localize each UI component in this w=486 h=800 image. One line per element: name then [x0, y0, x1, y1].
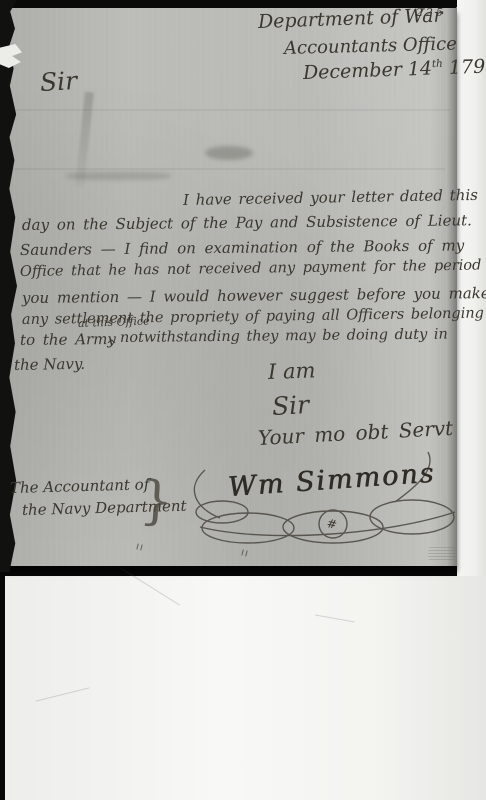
closing-sir: Sir [271, 390, 310, 421]
date-year: 1798 [449, 55, 486, 79]
crease-line [10, 109, 450, 111]
closing-i-am: I am [268, 358, 316, 384]
scratch-mark [315, 615, 355, 623]
ink-smudge [66, 172, 171, 180]
date-superscript: th [432, 58, 443, 70]
scratch-mark [120, 568, 180, 606]
ink-smudge [205, 146, 253, 160]
backing-page-bottom [5, 576, 486, 800]
date-day: December 14 [303, 58, 433, 84]
address-line-1: The Accountant of [10, 475, 150, 497]
scratch-mark [36, 687, 90, 701]
body-last-line: the Navy. [14, 355, 85, 374]
body-line-after-caret: notwithstanding they may be doing duty i… [120, 327, 448, 346]
interlined-insertion: at this Office [78, 315, 150, 330]
insertion-caret: ^ [106, 338, 117, 353]
scanned-letter: 225 Department of War Accountants Office… [0, 0, 486, 800]
address-bracket: } [138, 470, 175, 532]
crease-line [10, 168, 445, 170]
body-line-before-caret: to the Army [20, 330, 116, 349]
salutation: Sir [39, 66, 78, 97]
